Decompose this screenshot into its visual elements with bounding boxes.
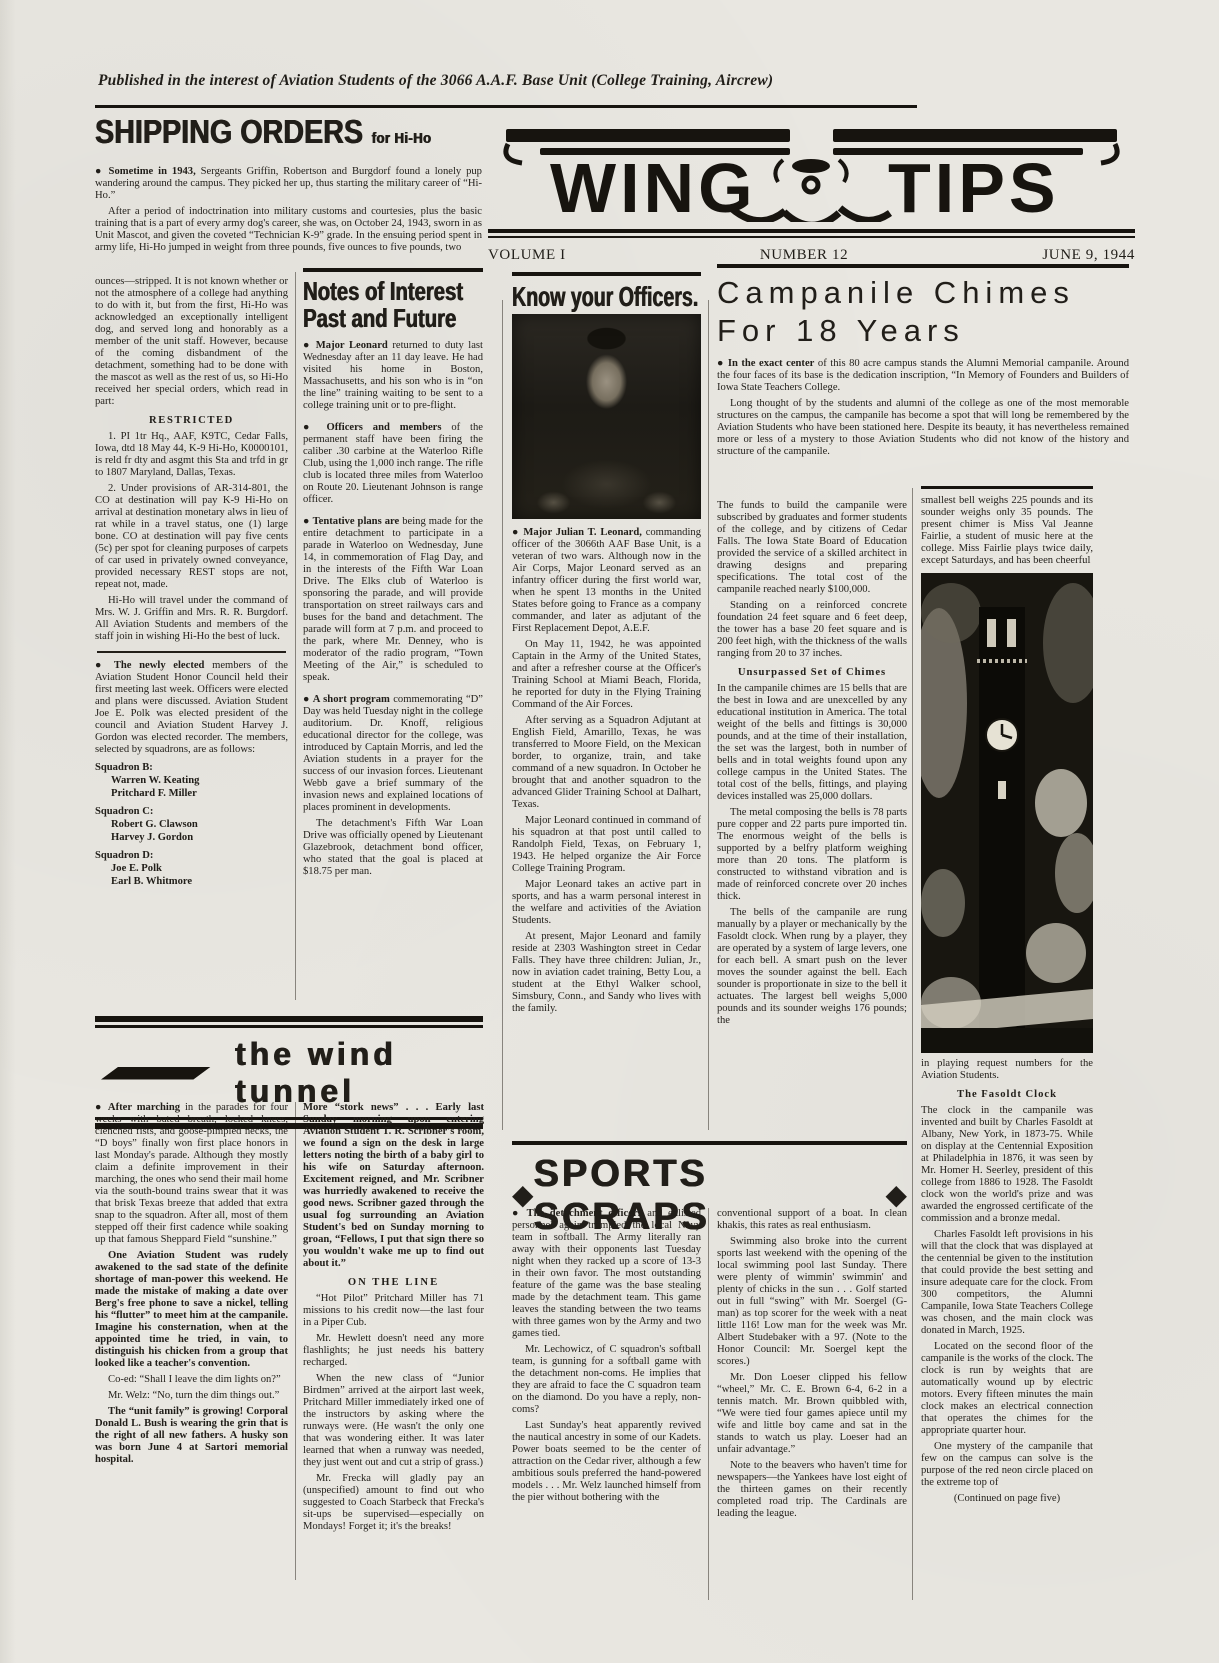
article-paragraph: Co-ed: “Shall I leave the dim lights on?… <box>95 1374 288 1386</box>
article-paragraph: ● Sometime in 1943, Sergeants Griffin, R… <box>95 166 482 202</box>
wind-tunnel-title: the wind tunnel <box>235 1036 483 1110</box>
article-paragraph: Note to the beavers who haven't time for… <box>717 1460 907 1520</box>
wing-tips-logo: WING TIPS <box>488 124 1135 222</box>
masthead-rule-thick <box>488 229 1135 233</box>
article-paragraph: ● In the exact center of this 80 acre ca… <box>717 358 1129 394</box>
masthead-word-tips: TIPS <box>888 149 1060 222</box>
paragraph-lead: ● Sometime in 1943, <box>95 166 196 177</box>
article-paragraph: ● After marching in the parades for four… <box>95 1102 288 1246</box>
article-paragraph: One Aviation Student was rudely awakened… <box>95 1250 288 1370</box>
fasoldt-clock-subhead: The Fasoldt Clock <box>921 1089 1093 1101</box>
paragraph-lead: ● Major Julian T. Leonard, <box>512 527 642 538</box>
paragraph-text: being made for the entire detachment to … <box>303 516 483 683</box>
wind-tunnel-column-1: ● After marching in the parades for four… <box>95 1102 288 1470</box>
column-rule <box>295 1102 296 1580</box>
paragraph-text: commanding officer of the 3066th AAF Bas… <box>512 527 701 634</box>
article-paragraph: Mr. Don Loeser clipped his fellow “wheel… <box>717 1372 907 1456</box>
paragraph-text: members of the Aviation Student Honor Co… <box>95 660 288 755</box>
diamond-icon-left: ◆ <box>512 1182 534 1210</box>
officer-portrait-photo <box>512 314 701 519</box>
number-label: NUMBER 12 <box>760 247 848 264</box>
shipping-orders-subtitle: for Hi-Ho <box>372 130 432 147</box>
article-paragraph: “Hot Pilot” Pritchard Miller has 71 miss… <box>303 1293 484 1329</box>
article-paragraph: Major Leonard takes an active part in sp… <box>512 879 701 927</box>
banner-rule-thick <box>95 1016 483 1022</box>
squadron-member: Robert G. Clawson <box>95 819 288 831</box>
notes-title-line1: Notes of Interest <box>303 276 463 306</box>
chimes-subhead: Unsurpassed Set of Chimes <box>717 667 907 679</box>
tagline: Published in the interest of Aviation St… <box>98 72 838 91</box>
newspaper-page: Published in the interest of Aviation St… <box>0 0 1219 1663</box>
section-divider <box>97 651 286 653</box>
paragraph-text: in the parades for four weeks with bated… <box>95 1102 288 1245</box>
continued-notice: (Continued on page five) <box>921 1493 1093 1505</box>
paragraph-lead: ● The detachment officers <box>512 1208 642 1219</box>
article-paragraph: On May 11, 1942, he was appointed Captai… <box>512 639 701 711</box>
restricted-subhead: RESTRICTED <box>95 415 288 427</box>
article-paragraph: conventional support of a boat. In clean… <box>717 1208 907 1232</box>
article-paragraph: After a period of indoctrination into mi… <box>95 206 482 254</box>
article-paragraph: Hi-Ho will travel under the command of M… <box>95 595 288 643</box>
paragraph-lead: ● Major Leonard <box>303 340 388 351</box>
squadron-member: Joe E. Polk <box>95 863 288 875</box>
squadron-member: Earl B. Whitmore <box>95 876 288 888</box>
banner-rule <box>512 1141 907 1145</box>
campanile-headline-block: Campanile ChimesFor 18 Years ● In the ex… <box>717 264 1129 462</box>
article-paragraph: Charles Fasoldt left provisions in his w… <box>921 1229 1093 1337</box>
date-label: JUNE 9, 1944 <box>1042 247 1135 264</box>
squadron-name: Squadron C: <box>95 806 288 818</box>
shipping-orders-title-text: SHIPPING ORDERS <box>95 113 363 150</box>
know-your-officers-column: Know your Officers. ● Major Julian T. Le… <box>512 272 701 1019</box>
article-paragraph: Standing on a reinforced concrete founda… <box>717 600 907 660</box>
article-paragraph: ● Major Julian T. Leonard, commanding of… <box>512 527 701 635</box>
article-paragraph: Located on the second floor of the campa… <box>921 1341 1093 1437</box>
article-paragraph: 2. Under provisions of AR-314-801, the C… <box>95 483 288 591</box>
paragraph-lead: ● The newly elected <box>95 660 204 671</box>
campanile-right-column: smallest bell weighs 225 pounds and its … <box>921 486 1093 1509</box>
campanile-left-column: The funds to build the campanile were su… <box>717 500 907 1031</box>
squadron-name: Squadron D: <box>95 850 288 862</box>
masthead: WING TIPS VOLUME I NUMBER 12 JUNE 9, 194… <box>488 124 1135 264</box>
article-paragraph: In the campanile chimes are 15 bells tha… <box>717 683 907 803</box>
wind-tunnel-title-row: the wind tunnel <box>95 1036 483 1110</box>
masthead-word-wing: WING <box>550 149 757 222</box>
article-paragraph: When the new class of “Junior Birdmen” a… <box>303 1373 484 1469</box>
know-your-officers-title: Know your Officers. <box>512 282 698 312</box>
squadron-member: Pritchard F. Miller <box>95 788 288 800</box>
shipping-orders-title: SHIPPING ORDERSfor Hi-Ho <box>95 114 431 157</box>
article-paragraph: ● The newly elected members of the Aviat… <box>95 660 288 756</box>
squadron-member: Warren W. Keating <box>95 775 288 787</box>
paragraph-lead: ● Tentative plans are <box>303 516 399 527</box>
wind-tunnel-column-2: More “stork news” . . . Early last Sunda… <box>303 1102 484 1537</box>
article-paragraph: Mr. Hewlett doesn't need any more flashl… <box>303 1333 484 1369</box>
campanile-title-line2: For 18 Years <box>717 313 965 348</box>
campanile-tower-photo <box>921 573 1093 1053</box>
squadron-name: Squadron B: <box>95 762 288 774</box>
article-paragraph: Mr. Frecka will gladly pay an (unspecifi… <box>303 1473 484 1533</box>
paragraph-lead: ● After marching <box>95 1102 180 1113</box>
sports-column-1: ● The detachment officers and enlisted p… <box>512 1208 701 1508</box>
diamond-icon-right: ◆ <box>885 1182 907 1210</box>
sports-column-2: conventional support of a boat. In clean… <box>717 1208 907 1524</box>
article-paragraph: ounces—stripped. It is not known whether… <box>95 276 288 408</box>
speed-dash-icon <box>101 1067 211 1080</box>
paragraph-lead: ● In the exact center <box>717 358 814 369</box>
article-paragraph: Major Leonard continued in command of hi… <box>512 815 701 875</box>
article-paragraph: After serving as a Squadron Adjutant at … <box>512 715 701 811</box>
volume-label: VOLUME I <box>488 247 566 264</box>
paragraph-lead: ● Officers and members <box>303 422 442 433</box>
notes-of-interest-column: Notes of InterestPast and Future ● Major… <box>303 268 483 882</box>
squadron-member: Harvey J. Gordon <box>95 832 288 844</box>
campanile-title-line1: Campanile Chimes <box>717 275 1075 310</box>
column-rule <box>295 272 296 1000</box>
article-paragraph: More “stork news” . . . Early last Sunda… <box>303 1102 484 1270</box>
article-paragraph: Last Sunday's heat apparently revived th… <box>512 1420 701 1504</box>
article-paragraph: ● Tentative plans are being made for the… <box>303 516 483 684</box>
article-paragraph: The clock in the campanile was invented … <box>921 1105 1093 1225</box>
article-paragraph: The detachment's Fifth War Loan Drive wa… <box>303 818 483 878</box>
shipping-orders-intro: ● Sometime in 1943, Sergeants Griffin, R… <box>95 166 482 258</box>
article-paragraph: ● Major Leonard returned to duty last We… <box>303 340 483 412</box>
article-paragraph: ● A short program commemorating “D” Day … <box>303 694 483 814</box>
paragraph-text: commemorating “D” Day was held Tuesday n… <box>303 694 483 813</box>
article-paragraph: ● The detachment officers and enlisted p… <box>512 1208 701 1340</box>
on-the-line-subhead: ON THE LINE <box>303 1277 484 1289</box>
banner-rule-thin <box>95 1025 483 1028</box>
tagline-rule <box>95 105 917 108</box>
article-paragraph: The bells of the campanile are rung manu… <box>717 907 907 1027</box>
article-paragraph: The “unit family” is growing! Corporal D… <box>95 1406 288 1466</box>
section-head-rule <box>303 268 483 272</box>
paragraph-text: and enlisted personnel again trompled th… <box>512 1208 701 1339</box>
column-rule <box>708 300 709 1130</box>
issue-line: VOLUME I NUMBER 12 JUNE 9, 1944 <box>488 247 1135 264</box>
column-rule <box>502 300 503 1130</box>
article-paragraph: Swimming also broke into the current spo… <box>717 1236 907 1368</box>
article-paragraph: ● Officers and members of the permanent … <box>303 422 483 506</box>
column-head-rule <box>921 486 1093 489</box>
campanile-title: Campanile ChimesFor 18 Years <box>717 274 1129 350</box>
article-paragraph: Mr. Welz: “No, turn the dim things out.” <box>95 1390 288 1402</box>
article-paragraph: 1. PI 1tr Hq., AAF, K9TC, Cedar Falls, I… <box>95 431 288 479</box>
article-paragraph: At present, Major Leonard and family res… <box>512 931 701 1015</box>
article-paragraph: The metal composing the bells is 78 part… <box>717 807 907 903</box>
masthead-rule-thin <box>488 236 1135 238</box>
shipping-orders-continuation-column: ounces—stripped. It is not known whether… <box>95 276 288 889</box>
section-head-rule <box>512 272 701 276</box>
article-paragraph: Long thought of by the students and alum… <box>717 398 1129 458</box>
article-paragraph: The funds to build the campanile were su… <box>717 500 907 596</box>
column-rule <box>708 1208 709 1600</box>
notes-title: Notes of InterestPast and Future <box>303 278 463 332</box>
column-rule <box>912 488 913 1600</box>
article-paragraph: Mr. Lechowicz, of C squadron's softball … <box>512 1344 701 1416</box>
paragraph-text: of the permanent staff have been firing … <box>303 422 483 505</box>
photo-caption: in playing request numbers for the Aviat… <box>921 1058 1093 1082</box>
shipping-orders-headline-block: SHIPPING ORDERSfor Hi-Ho <box>95 114 495 157</box>
notes-title-line2: Past and Future <box>303 303 456 333</box>
paragraph-lead: ● A short program <box>303 694 390 705</box>
section-head-rule <box>717 264 1129 268</box>
article-paragraph: One mystery of the campanile that few on… <box>921 1441 1093 1489</box>
article-paragraph: smallest bell weighs 225 pounds and its … <box>921 495 1093 567</box>
